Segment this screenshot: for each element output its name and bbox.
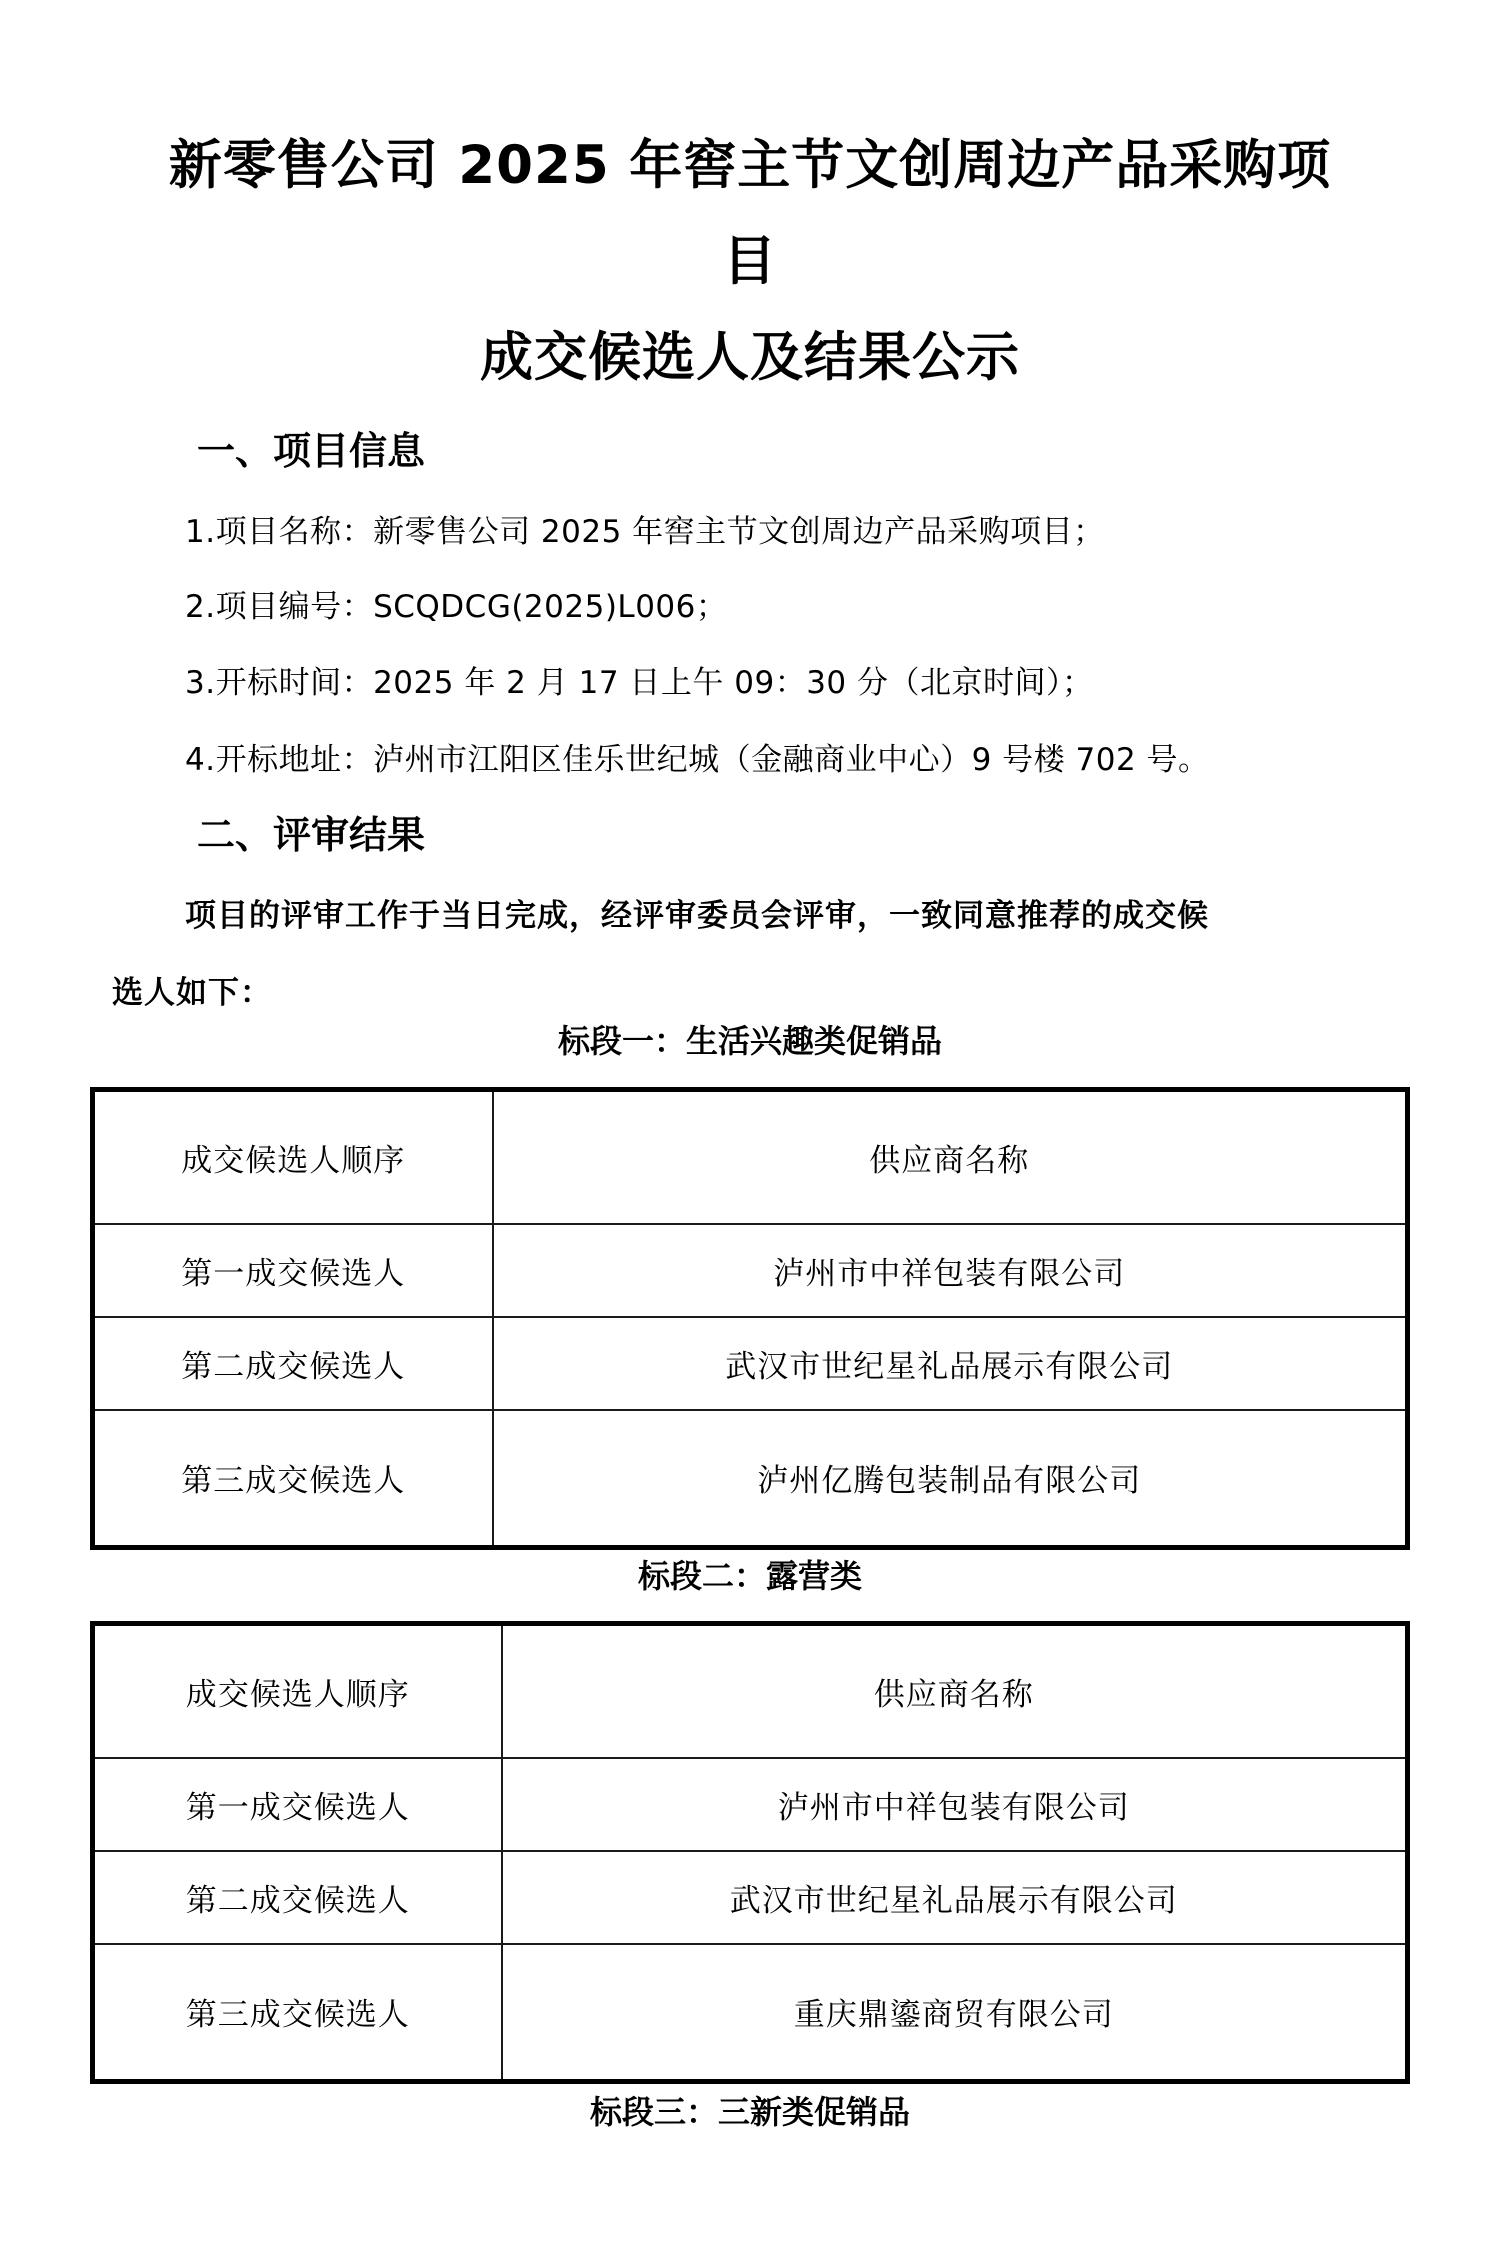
table-row: 第二成交候选人 武汉市世纪星礼品展示有限公司: [93, 1851, 1408, 1944]
rank-cell: 第一成交候选人: [93, 1224, 493, 1317]
table-row: 第三成交候选人 重庆鼎鎏商贸有限公司: [93, 1944, 1408, 2082]
lot-3-caption: 标段三：三新类促销品: [0, 2092, 1500, 2132]
project-name-item: 1.项目名称：新零售公司 2025 年窖主节文创周边产品采购项目；: [185, 512, 1105, 552]
column-header-supplier: 供应商名称: [502, 1624, 1408, 1758]
review-paragraph-line-1: 项目的评审工作于当日完成，经评审委员会评审，一致同意推荐的成交候: [185, 896, 1209, 936]
section-heading-project-info: 一、项目信息: [197, 428, 425, 474]
column-header-rank: 成交候选人顺序: [93, 1624, 502, 1758]
lot-2-caption: 标段二：露营类: [0, 1556, 1500, 1596]
rank-cell: 第一成交候选人: [93, 1758, 502, 1851]
rank-cell: 第三成交候选人: [93, 1410, 493, 1548]
document-title-line-1: 新零售公司 2025 年窖主节文创周边产品采购项: [0, 136, 1500, 196]
section-heading-review-results: 二、评审结果: [197, 812, 425, 858]
table-row: 第一成交候选人 泸州市中祥包装有限公司: [93, 1758, 1408, 1851]
supplier-cell: 泸州市中祥包装有限公司: [493, 1224, 1408, 1317]
document-subtitle: 成交候选人及结果公示: [0, 328, 1500, 388]
table-row: 第二成交候选人 武汉市世纪星礼品展示有限公司: [93, 1317, 1408, 1410]
lot-1-results-table: 成交候选人顺序 供应商名称 第一成交候选人 泸州市中祥包装有限公司 第二成交候选…: [90, 1087, 1410, 1550]
table-header-row: 成交候选人顺序 供应商名称: [93, 1090, 1408, 1224]
column-header-supplier: 供应商名称: [493, 1090, 1408, 1224]
supplier-cell: 武汉市世纪星礼品展示有限公司: [493, 1317, 1408, 1410]
lot-1-caption: 标段一：生活兴趣类促销品: [0, 1021, 1500, 1061]
bid-opening-time-item: 3.开标时间：2025 年 2 月 17 日上午 09：30 分（北京时间）；: [185, 663, 1094, 703]
table-row: 第三成交候选人 泸州亿腾包装制品有限公司: [93, 1410, 1408, 1548]
document-title-line-2: 目: [0, 232, 1500, 292]
rank-cell: 第三成交候选人: [93, 1944, 502, 2082]
lot-2-results-table: 成交候选人顺序 供应商名称 第一成交候选人 泸州市中祥包装有限公司 第二成交候选…: [90, 1621, 1410, 2084]
project-number-item: 2.项目编号：SCQDCG(2025)L006；: [185, 587, 727, 627]
supplier-cell: 重庆鼎鎏商贸有限公司: [502, 1944, 1408, 2082]
review-paragraph-line-2: 选人如下：: [112, 973, 272, 1013]
bid-opening-address-item: 4.开标地址：泸州市江阳区佳乐世纪城（金融商业中心）9 号楼 702 号。: [185, 740, 1210, 780]
rank-cell: 第二成交候选人: [93, 1851, 502, 1944]
supplier-cell: 泸州市中祥包装有限公司: [502, 1758, 1408, 1851]
table-header-row: 成交候选人顺序 供应商名称: [93, 1624, 1408, 1758]
column-header-rank: 成交候选人顺序: [93, 1090, 493, 1224]
table-row: 第一成交候选人 泸州市中祥包装有限公司: [93, 1224, 1408, 1317]
supplier-cell: 武汉市世纪星礼品展示有限公司: [502, 1851, 1408, 1944]
rank-cell: 第二成交候选人: [93, 1317, 493, 1410]
supplier-cell: 泸州亿腾包装制品有限公司: [493, 1410, 1408, 1548]
